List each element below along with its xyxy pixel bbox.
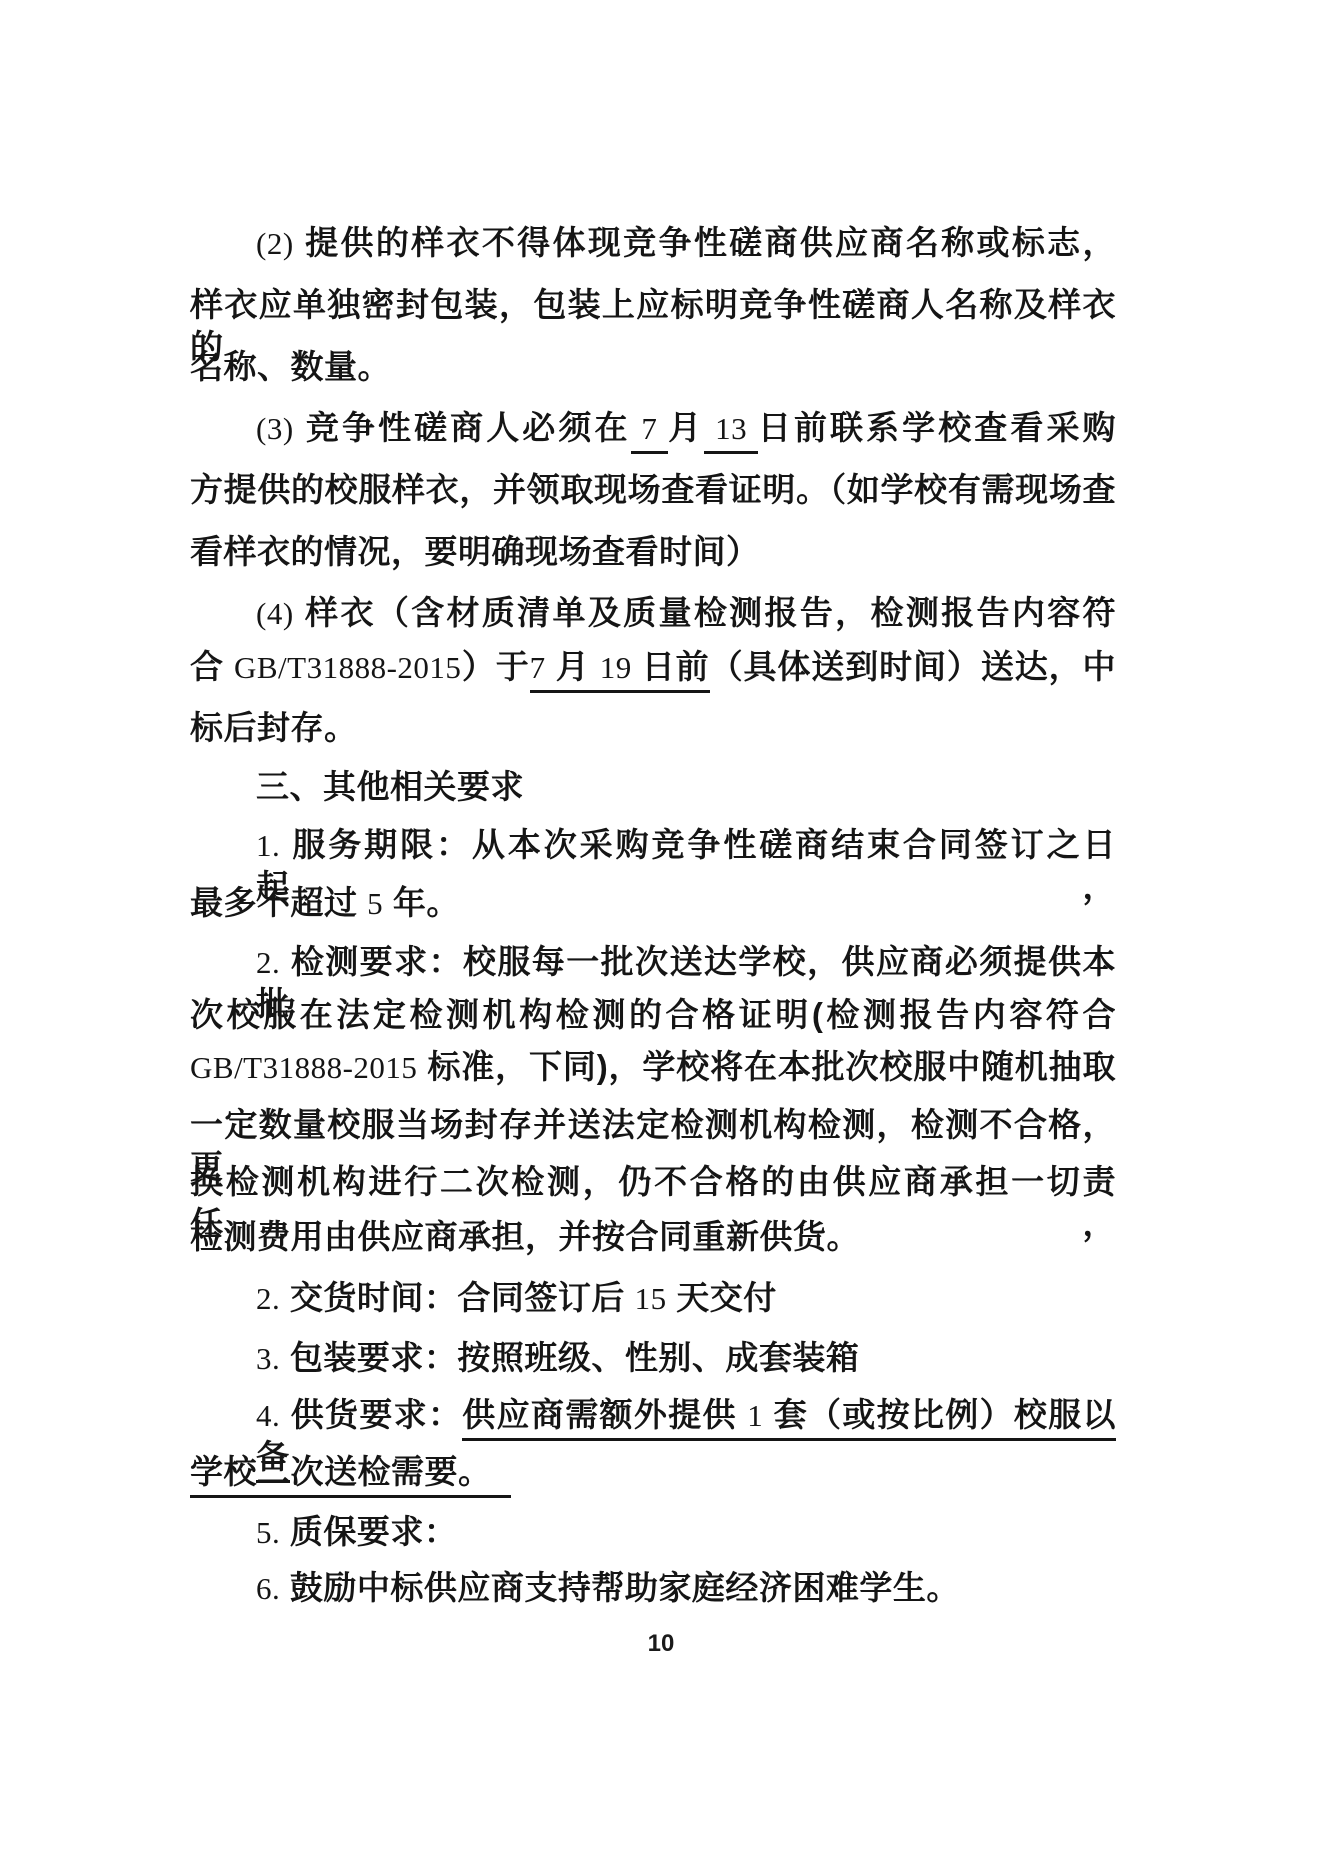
underlined-text-segment: 7 xyxy=(631,411,669,454)
underlined-text-segment: 1 xyxy=(747,1398,763,1441)
underlined-text-segment: 日前 xyxy=(632,648,710,693)
underlined-text-segment: 19 xyxy=(600,650,632,693)
text-segment: 年。 xyxy=(383,884,460,921)
underlined-text-segment: 学校二次送检需要。 xyxy=(190,1453,511,1498)
text-segment: 鼓励中标供应商支持帮助家庭经济困难学生。 xyxy=(280,1569,960,1606)
text-segment: 6. xyxy=(256,1571,280,1606)
page-number: 10 xyxy=(0,1630,1322,1658)
text-line: 检测费用由供应商承担，并按合同重新供货。 xyxy=(190,1216,1116,1258)
text-segment: 5 xyxy=(367,886,383,921)
text-segment: 2. xyxy=(256,945,280,980)
text-line: GB/T31888-2015 标准，下同)，学校将在本批次校服中随机抽取 xyxy=(190,1046,1116,1088)
text-line: (4) 样衣（含材质清单及质量检测报告，检测报告内容符 xyxy=(190,592,1116,634)
text-segment: 15 xyxy=(635,1281,667,1316)
text-line: (3) 竞争性磋商人必须在 7 月 13 日前联系学校查看采购 xyxy=(190,407,1116,449)
text-segment: 包装要求：按照班级、性别、成套装箱 xyxy=(280,1339,859,1376)
text-segment: 质保要求： xyxy=(280,1513,457,1550)
underlined-text-segment: 供应商需额外提供 xyxy=(462,1396,747,1441)
text-segment: 提供的样衣不得体现竞争性磋商供应商名称或标志， xyxy=(294,224,1116,261)
document-body: (2) 提供的样衣不得体现竞争性磋商供应商名称或标志，样衣应单独密封包装，包装上… xyxy=(0,0,1322,1871)
text-line: 最多不超过 5 年。 xyxy=(190,882,1116,924)
text-line: 2. 交货时间：合同签订后 15 天交付 xyxy=(190,1277,1116,1319)
text-segment: 3. xyxy=(256,1341,280,1376)
text-segment: 三、其他相关要求 xyxy=(256,768,524,805)
text-segment: 检测费用由供应商承担，并按合同重新供货。 xyxy=(190,1218,860,1255)
text-segment: (2) xyxy=(256,226,294,261)
text-line: 6. 鼓励中标供应商支持帮助家庭经济困难学生。 xyxy=(190,1567,1116,1609)
text-segment: 最多不超过 xyxy=(190,884,367,921)
text-line: 看样衣的情况，要明确现场查看时间） xyxy=(190,531,1116,573)
underlined-text-segment: 7 xyxy=(530,650,546,693)
text-segment: 2. xyxy=(256,1281,280,1316)
text-segment: 月 xyxy=(668,409,704,446)
text-segment: 次校服在法定检测机构检测的合格证明(检测报告内容符合 xyxy=(190,996,1116,1033)
text-segment: GB/T31888-2015 xyxy=(234,650,461,685)
text-segment: 供货要求： xyxy=(280,1396,462,1433)
text-line: 3. 包装要求：按照班级、性别、成套装箱 xyxy=(190,1337,1116,1379)
text-segment: 看样衣的情况，要明确现场查看时间） xyxy=(190,533,760,570)
text-segment: 名称、数量。 xyxy=(190,348,391,385)
underlined-text-segment: 13 xyxy=(704,411,758,454)
text-segment: 竞争性磋商人必须在 xyxy=(294,409,631,446)
text-segment: ）于 xyxy=(461,648,529,685)
text-segment: 5. xyxy=(256,1515,280,1550)
text-line: 5. 质保要求： xyxy=(190,1511,1116,1553)
text-segment: （具体送到时间）送达，中 xyxy=(710,648,1116,685)
text-segment: 样衣（含材质清单及质量检测报告，检测报告内容符 xyxy=(294,594,1116,631)
underlined-text-segment: 月 xyxy=(546,648,600,693)
text-segment: (4) xyxy=(256,596,294,631)
text-segment: (3) xyxy=(256,411,294,446)
text-segment: GB/T31888-2015 xyxy=(190,1050,417,1085)
text-segment: 日前联系学校查看采购 xyxy=(758,409,1116,446)
text-line: 标后封存。 xyxy=(190,707,1116,749)
text-line: 合 GB/T31888-2015）于7 月 19 日前（具体送到时间）送达，中 xyxy=(190,646,1116,688)
text-line: 学校二次送检需要。 xyxy=(190,1451,1116,1493)
text-segment: 交货时间：合同签订后 xyxy=(280,1279,634,1316)
document-page: (2) 提供的样衣不得体现竞争性磋商供应商名称或标志，样衣应单独密封包装，包装上… xyxy=(0,0,1322,1871)
text-segment: 1. xyxy=(256,828,280,863)
text-segment: 标后封存。 xyxy=(190,709,358,746)
text-line: 方提供的校服样衣，并领取现场查看证明。（如学校有需现场查 xyxy=(190,469,1116,511)
text-line: 名称、数量。 xyxy=(190,346,1116,388)
text-segment: 标准，下同)，学校将在本批次校服中随机抽取 xyxy=(417,1048,1116,1085)
text-segment: 合 xyxy=(190,648,234,685)
text-line: 次校服在法定检测机构检测的合格证明(检测报告内容符合 xyxy=(190,994,1116,1036)
text-line: 三、其他相关要求 xyxy=(190,766,1116,808)
text-segment: 天交付 xyxy=(667,1279,777,1316)
text-segment: 4. xyxy=(256,1398,280,1433)
text-segment: 方提供的校服样衣，并领取现场查看证明。（如学校有需现场查 xyxy=(190,471,1116,508)
text-line: (2) 提供的样衣不得体现竞争性磋商供应商名称或标志， xyxy=(190,222,1116,264)
